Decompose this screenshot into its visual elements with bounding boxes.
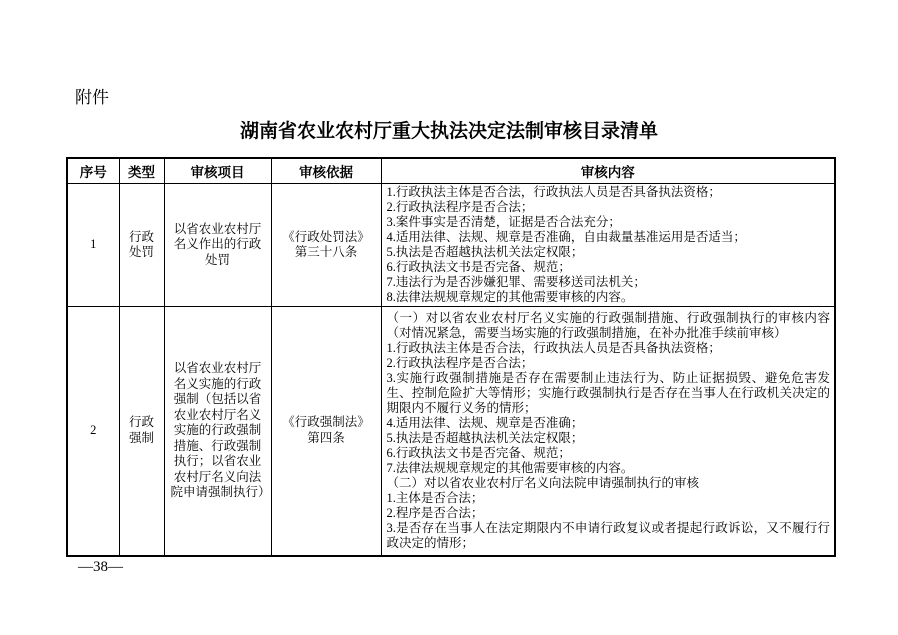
content-line: 2.行政执法程序是否合法； — [387, 200, 831, 215]
type-cell: 行政强制 — [119, 307, 164, 556]
review-content-cell: 1.行政执法主体是否合法，行政执法人员是否具备执法资格；2.行政执法程序是否合法… — [381, 184, 835, 307]
content-line: 3.案件事实是否清楚，证据是否合法充分； — [387, 215, 831, 230]
review-basis-cell: 《行政强制法》第四条 — [271, 307, 381, 556]
page-number: —38— — [78, 558, 123, 576]
content-line: 3.是否存在当事人在法定期限内不申请行政复议或者提起行政诉讼，又不履行行政决定的… — [387, 521, 831, 551]
header-serial-number: 序号 — [67, 158, 119, 184]
header-type: 类型 — [119, 158, 164, 184]
table-header-row: 序号 类型 审核项目 审核依据 审核内容 — [67, 158, 835, 184]
content-line: 2.行政执法程序是否合法； — [387, 356, 831, 371]
review-catalog-table: 序号 类型 审核项目 审核依据 审核内容 1 行政处罚 以省农业农村厅名义作出的… — [66, 157, 836, 557]
header-review-item: 审核项目 — [164, 158, 271, 184]
review-content-cell: （一）对以省农业农村厅名义实施的行政强制措施、行政强制执行的审核内容（对情况紧急… — [381, 307, 835, 556]
content-line: 6.行政执法文书是否完备、规范； — [387, 260, 831, 275]
table-row: 2 行政强制 以省农业农村厅名义实施的行政强制（包括以省农业农村厅名义实施的行政… — [67, 307, 835, 556]
content-line: 6.行政执法文书是否完备、规范； — [387, 446, 831, 461]
header-review-basis: 审核依据 — [271, 158, 381, 184]
content-line: 1.主体是否合法； — [387, 491, 831, 506]
content-line: 5.执法是否超越执法机关法定权限； — [387, 431, 831, 446]
content-line: 1.行政执法主体是否合法，行政执法人员是否具备执法资格； — [387, 185, 831, 200]
content-line: 3.实施行政强制措施是否存在需要制止违法行为、防止证据损毁、避免危害发生、控制危… — [387, 371, 831, 416]
serial-number-cell: 2 — [67, 307, 119, 556]
content-line: 5.执法是否超越执法机关法定权限； — [387, 245, 831, 260]
content-line: （二）对以省农业农村厅名义向法院申请强制执行的审核 — [387, 476, 831, 491]
content-line: 7.法律法规规章规定的其他需要审核的内容。 — [387, 461, 831, 476]
header-review-content: 审核内容 — [381, 158, 835, 184]
content-line: 4.适用法律、法规、规章是否准确； — [387, 416, 831, 431]
content-line: 8.法律法规规章规定的其他需要审核的内容。 — [387, 290, 831, 305]
review-item-cell: 以省农业农村厅名义实施的行政强制（包括以省农业农村厅名义实施的行政强制措施、行政… — [164, 307, 271, 556]
content-line: 7.违法行为是否涉嫌犯罪、需要移送司法机关； — [387, 275, 831, 290]
table-row: 1 行政处罚 以省农业农村厅名义作出的行政处罚 《行政处罚法》第三十八条 1.行… — [67, 184, 835, 307]
review-item-cell: 以省农业农村厅名义作出的行政处罚 — [164, 184, 271, 307]
content-line: 2.程序是否合法； — [387, 506, 831, 521]
page-title: 湖南省农业农村厅重大执法决定法制审核目录清单 — [0, 120, 898, 144]
content-line: （一）对以省农业农村厅名义实施的行政强制措施、行政强制执行的审核内容（对情况紧急… — [387, 311, 831, 341]
review-basis-cell: 《行政处罚法》第三十八条 — [271, 184, 381, 307]
serial-number-cell: 1 — [67, 184, 119, 307]
attachment-label: 附件 — [75, 88, 109, 108]
content-line: 4.适用法律、法规、规章是否准确，自由裁量基准运用是否适当； — [387, 230, 831, 245]
content-line: 1.行政执法主体是否合法，行政执法人员是否具备执法资格； — [387, 341, 831, 356]
type-cell: 行政处罚 — [119, 184, 164, 307]
